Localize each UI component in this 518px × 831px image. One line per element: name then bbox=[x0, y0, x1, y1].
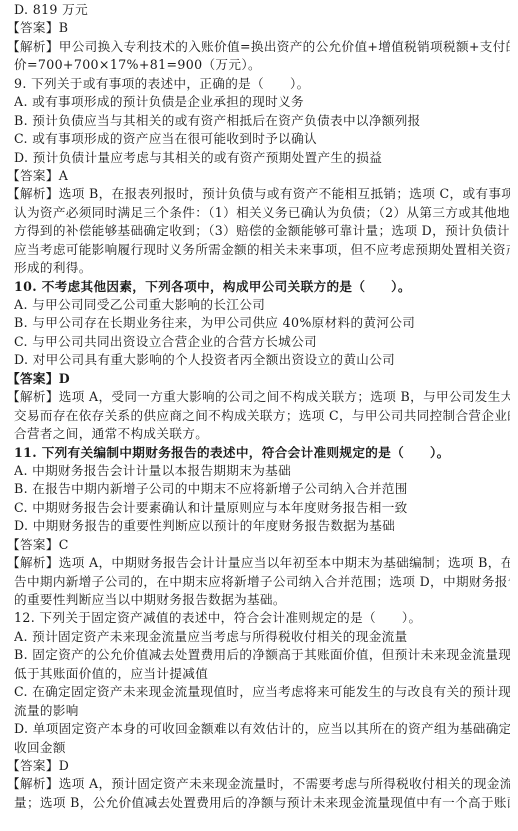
text-line: 形成的利得。 bbox=[14, 259, 512, 277]
option-line: C. 与甲公司共同出资设立合营企业的合营方长城公司 bbox=[14, 333, 512, 351]
text-line: 收回金额 bbox=[14, 739, 512, 757]
analysis-line: 【解析】选项 A，预计固定资产未来现金流量时，不需要考虑与所得税收付相关的现金流 bbox=[7, 775, 510, 793]
option-line: D. 中期财务报告的重要性判断应以预计的年度财务报告数据为基础 bbox=[14, 517, 512, 535]
text-line: 的重要性判断应当以中期财务报告数据为基础。 bbox=[14, 591, 512, 609]
question-line: 10. 不考虑其他因素，下列各项中，构成甲公司关联方的是（ ）。 bbox=[14, 278, 512, 296]
option-line: C. 在确定固定资产未来现金流量现值时，应当考虑将来可能发生的与改良有关的预计现… bbox=[14, 683, 510, 701]
option-line: A. 预计固定资产未来现金流量应当考虑与所得税收付相关的现金流量 bbox=[14, 628, 512, 646]
option-line: B. 固定资产的公允价值减去处置费用后的净额高于其账面价值，但预计未来现金流量现… bbox=[14, 646, 510, 664]
option-line: B. 在报告中期内新增子公司的中期末不应将新增子公司纳入合并范围 bbox=[14, 480, 512, 498]
answer-line: 【答案】B bbox=[7, 19, 512, 37]
answer-line: 【答案】C bbox=[7, 536, 512, 554]
answer-line: 【答案】D bbox=[7, 370, 512, 388]
document-page: D. 819 万元 【答案】B 【解析】甲公司换入专利技术的入账价值=换出资产的… bbox=[0, 0, 518, 812]
text-line: 告中期内新增子公司的，在中期末应将新增子公司纳入合并范围；选项 D，中期财务报告 bbox=[14, 573, 510, 591]
analysis-line: 【解析】选项 A，受同一方重大影响的公司之间不构成关联方；选项 B，与甲公司发生… bbox=[7, 388, 510, 406]
option-line: D. 819 万元 bbox=[14, 1, 512, 19]
option-line: C. 或有事项形成的资产应当在很可能收到时予以确认 bbox=[14, 130, 512, 148]
option-line: A. 与甲公司同受乙公司重大影响的长江公司 bbox=[14, 296, 512, 314]
text-line: 应当考虑可能影响履行现时义务所需金额的相关未来事项，但不应考虑预期处置相关资产 bbox=[14, 241, 510, 259]
text-line: 方得到的补偿能够基础确定收到；（3）赔偿的金额能够可靠计量；选项 D，预计负债计… bbox=[14, 222, 510, 240]
text-line: 量；选项 B，公允价值减去处置费用后的净额与预计未来现金流量现值中有一个高于账面 bbox=[14, 794, 510, 812]
option-line: B. 预计负债应当与其相关的或有资产相抵后在资产负债表中以净额列报 bbox=[14, 112, 512, 130]
analysis-line: 【解析】选项 B，在报表列报时，预计负债与或有资产不能相互抵销；选项 C，或有事… bbox=[7, 185, 510, 203]
answer-line: 【答案】A bbox=[7, 167, 512, 185]
option-line: C. 中期财务报告会计要素确认和计量原则应与本年度财务报告相一致 bbox=[14, 499, 512, 517]
question-line: 9. 下列关于或有事项的表述中，正确的是（ ）。 bbox=[14, 75, 512, 93]
text-line: 流量的影响 bbox=[14, 702, 512, 720]
question-line: 11. 下列有关编制中期财务报告的表述中，符合会计准则规定的是（ ）。 bbox=[14, 444, 512, 462]
option-line: D. 预计负债计量应考虑与其相关的或有资产预期处置产生的损益 bbox=[14, 149, 512, 167]
analysis-line: 【解析】甲公司换入专利技术的入账价值=换出资产的公允价值+增值税销项税额+支付的… bbox=[7, 38, 510, 56]
text-line: 合营者之间，通常不构成关联方。 bbox=[14, 425, 512, 443]
text-line: 认为资产必须同时满足三个条件：（1）相关义务已确认为负债；（2）从第三方或其他地 bbox=[14, 204, 510, 222]
option-line: A. 或有事项形成的预计负债是企业承担的现时义务 bbox=[14, 93, 512, 111]
answer-line: 【答案】D bbox=[7, 757, 512, 775]
option-line: A. 中期财务报告会计计量以本报告期期末为基础 bbox=[14, 462, 512, 480]
option-line: B. 与甲公司存在长期业务往来，为甲公司供应 40%原材料的黄河公司 bbox=[14, 314, 512, 332]
option-line: D. 单项固定资产本身的可收回金额难以有效估计的，应当以其所在的资产组为基础确定… bbox=[14, 720, 510, 738]
question-line: 12. 下列关于固定资产减值的表述中，符合会计准则规定的是（ ）。 bbox=[14, 609, 512, 627]
text-line: 低于其账面价值的，应当计提减值 bbox=[14, 665, 512, 683]
text-line: 价=700+700×17%+81=900（万元）。 bbox=[14, 56, 512, 74]
option-line: D. 对甲公司具有重大影响的个人投资者丙全额出资设立的黄山公司 bbox=[14, 351, 512, 369]
analysis-line: 【解析】选项 A，中期财务报告会计计量应当以年初至本中期末为基础编制；选项 B，… bbox=[7, 554, 510, 572]
text-line: 交易而存在依存关系的供应商之间不构成关联方；选项 C，与甲公司共同控制合营企业的 bbox=[14, 407, 510, 425]
